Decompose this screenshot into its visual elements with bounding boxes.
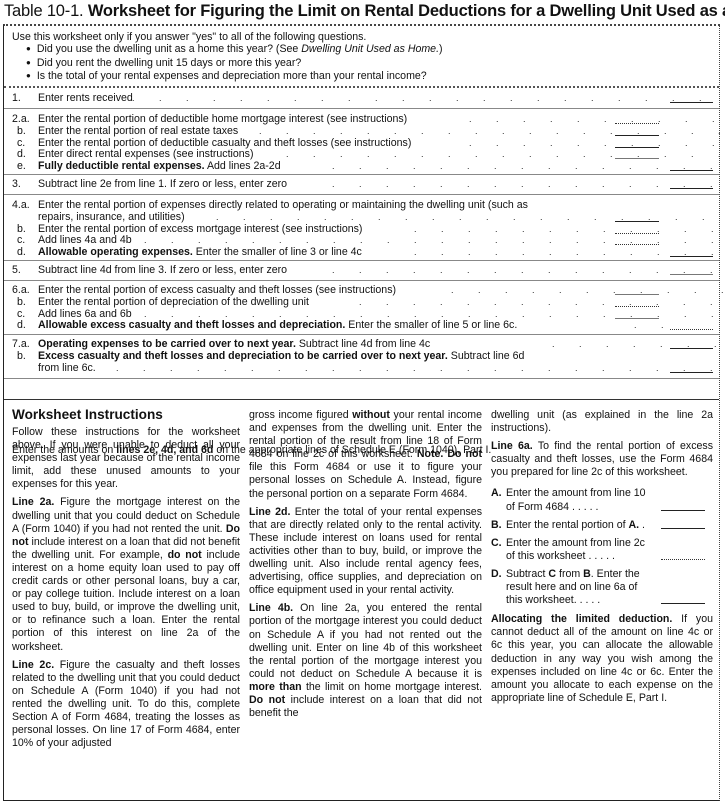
table-heading: Worksheet for Figuring the Limit on Rent… [88, 2, 725, 20]
allocating-instructions: Allocating the limited deduction. If you… [491, 613, 713, 705]
line-2d-entry-field[interactable] [615, 158, 659, 159]
worksheet-lines: 1. Enter rents received . . . . . . . . … [4, 88, 719, 400]
line-group-1: 1. Enter rents received . . . . . . . . … [4, 88, 719, 109]
line-2b-entry-field[interactable] [615, 135, 659, 136]
line-4a-entry-field[interactable] [615, 221, 659, 222]
step-a-entry-field[interactable] [661, 510, 705, 511]
worksheet-line-4d: d. Allowable operating expenses. Enter t… [4, 247, 719, 259]
line-6a-entry-field[interactable] [615, 294, 659, 295]
worksheet-line-2b: b. Enter the rental portion of real esta… [4, 126, 719, 138]
table-number: Table 10-1. [4, 2, 83, 20]
line-group-2: 2.a. Enter the rental portion of deducti… [4, 109, 719, 175]
line-4d-entry-field[interactable] [670, 256, 713, 257]
line-2c-instructions: Line 2c. Figure the casualty and theft l… [12, 659, 240, 751]
eligibility-lead: Use this worksheet only if you answer "y… [12, 31, 711, 43]
instructions-heading: Worksheet Instructions [12, 407, 163, 422]
eligibility-questions: Use this worksheet only if you answer "y… [4, 26, 719, 88]
worksheet-line-2e: e. Fully deductible rental expenses. Add… [4, 161, 719, 173]
instructions-column-3: dwelling unit (as explained in the line … [491, 409, 713, 710]
step-c-entry-field[interactable] [661, 559, 705, 560]
worksheet-line-4a-cont: repairs, insurance, and utilities) . . .… [4, 212, 719, 224]
line-5-entry-field[interactable] [670, 274, 713, 275]
line-2a-instructions: Line 2a. Figure the mortgage interest on… [12, 496, 240, 653]
step-b: B. Enter the rental portion of A. . [491, 519, 713, 532]
line-7a-entry-field[interactable] [670, 348, 713, 349]
worksheet-line-3: 3. Subtract line 2e from line 1. If zero… [4, 179, 719, 191]
line-6c-entry-field[interactable] [615, 318, 659, 319]
line-4c-entry-field[interactable] [615, 244, 659, 245]
question-item: Did you rent the dwelling unit 15 days o… [26, 57, 711, 70]
worksheet-line-7b-cont: from line 6c. . . . . . . . . . . . . . … [4, 363, 719, 375]
line-2d-instructions: Line 2d. Enter the total of your rental … [249, 506, 482, 598]
worksheet-line-5: 5. Subtract line 4d from line 3. If zero… [4, 265, 719, 277]
step-d: D. Subtract C from B. Enter the result h… [491, 568, 713, 607]
instructions-intro: Follow these instructions for the worksh… [12, 426, 240, 491]
worksheet-frame: Use this worksheet only if you answer "y… [3, 24, 720, 801]
question-item: Is the total of your rental expenses and… [26, 70, 711, 83]
line-2a-entry-field[interactable] [615, 123, 659, 124]
worksheet-instructions: Worksheet Instructions Follow these inst… [4, 402, 719, 802]
line-group-6: 6.a. Enter the rental portion of excess … [4, 281, 719, 335]
line-6d-entry-field[interactable] [670, 329, 713, 330]
line-6b-entry-field[interactable] [615, 306, 659, 307]
step-d-entry-field[interactable] [661, 603, 705, 604]
line-2c-entry-field[interactable] [615, 147, 659, 148]
worksheet-line-6b: b. Enter the rental portion of depreciat… [4, 297, 719, 309]
line-group-3: 3. Subtract line 2e from line 1. If zero… [4, 175, 719, 195]
line-group-5: 5. Subtract line 4d from line 3. If zero… [4, 261, 719, 281]
question-list: Did you use the dwelling unit as a home … [26, 43, 711, 83]
step-c: C. Enter the amount from line 2c of this… [491, 537, 713, 563]
line-3-entry-field[interactable] [670, 188, 713, 189]
line-6a-instructions: Line 6a. To find the rental portion of e… [491, 440, 713, 479]
instructions-column-2: gross income figured without your rental… [249, 409, 482, 725]
worksheet-line-6d: d. Allowable excess casualty and theft l… [4, 320, 719, 332]
line-7b-entry-field[interactable] [670, 372, 713, 373]
line-6a-steps: A. Enter the amount from line 10 of Form… [491, 487, 713, 607]
line-4b-instructions: Line 4b. On line 2a, you entered the ren… [249, 602, 482, 720]
line-2c-instructions-cont: gross income figured without your rental… [249, 409, 482, 501]
line-4b-instructions-cont: dwelling unit (as explained in the line … [491, 409, 713, 435]
line-group-4: 4.a. Enter the rental portion of expense… [4, 195, 719, 261]
line-group-7: 7.a. Operating expenses to be carried ov… [4, 335, 719, 379]
line-2e-entry-field[interactable] [670, 170, 713, 171]
line-1-entry-field[interactable] [670, 102, 713, 103]
worksheet-line-7b: b. Excess casualty and theft losses and … [4, 351, 719, 363]
question-item: Did you use the dwelling unit as a home … [26, 43, 711, 56]
step-a: A. Enter the amount from line 10 of Form… [491, 487, 713, 513]
line-4b-entry-field[interactable] [615, 233, 659, 234]
worksheet-line-1: 1. Enter rents received . . . . . . . . … [4, 93, 719, 105]
table-title: Table 10-1. Worksheet for Figuring the L… [4, 2, 725, 21]
instructions-column-1: Follow these instructions for the worksh… [12, 426, 240, 755]
step-b-entry-field[interactable] [661, 528, 705, 529]
